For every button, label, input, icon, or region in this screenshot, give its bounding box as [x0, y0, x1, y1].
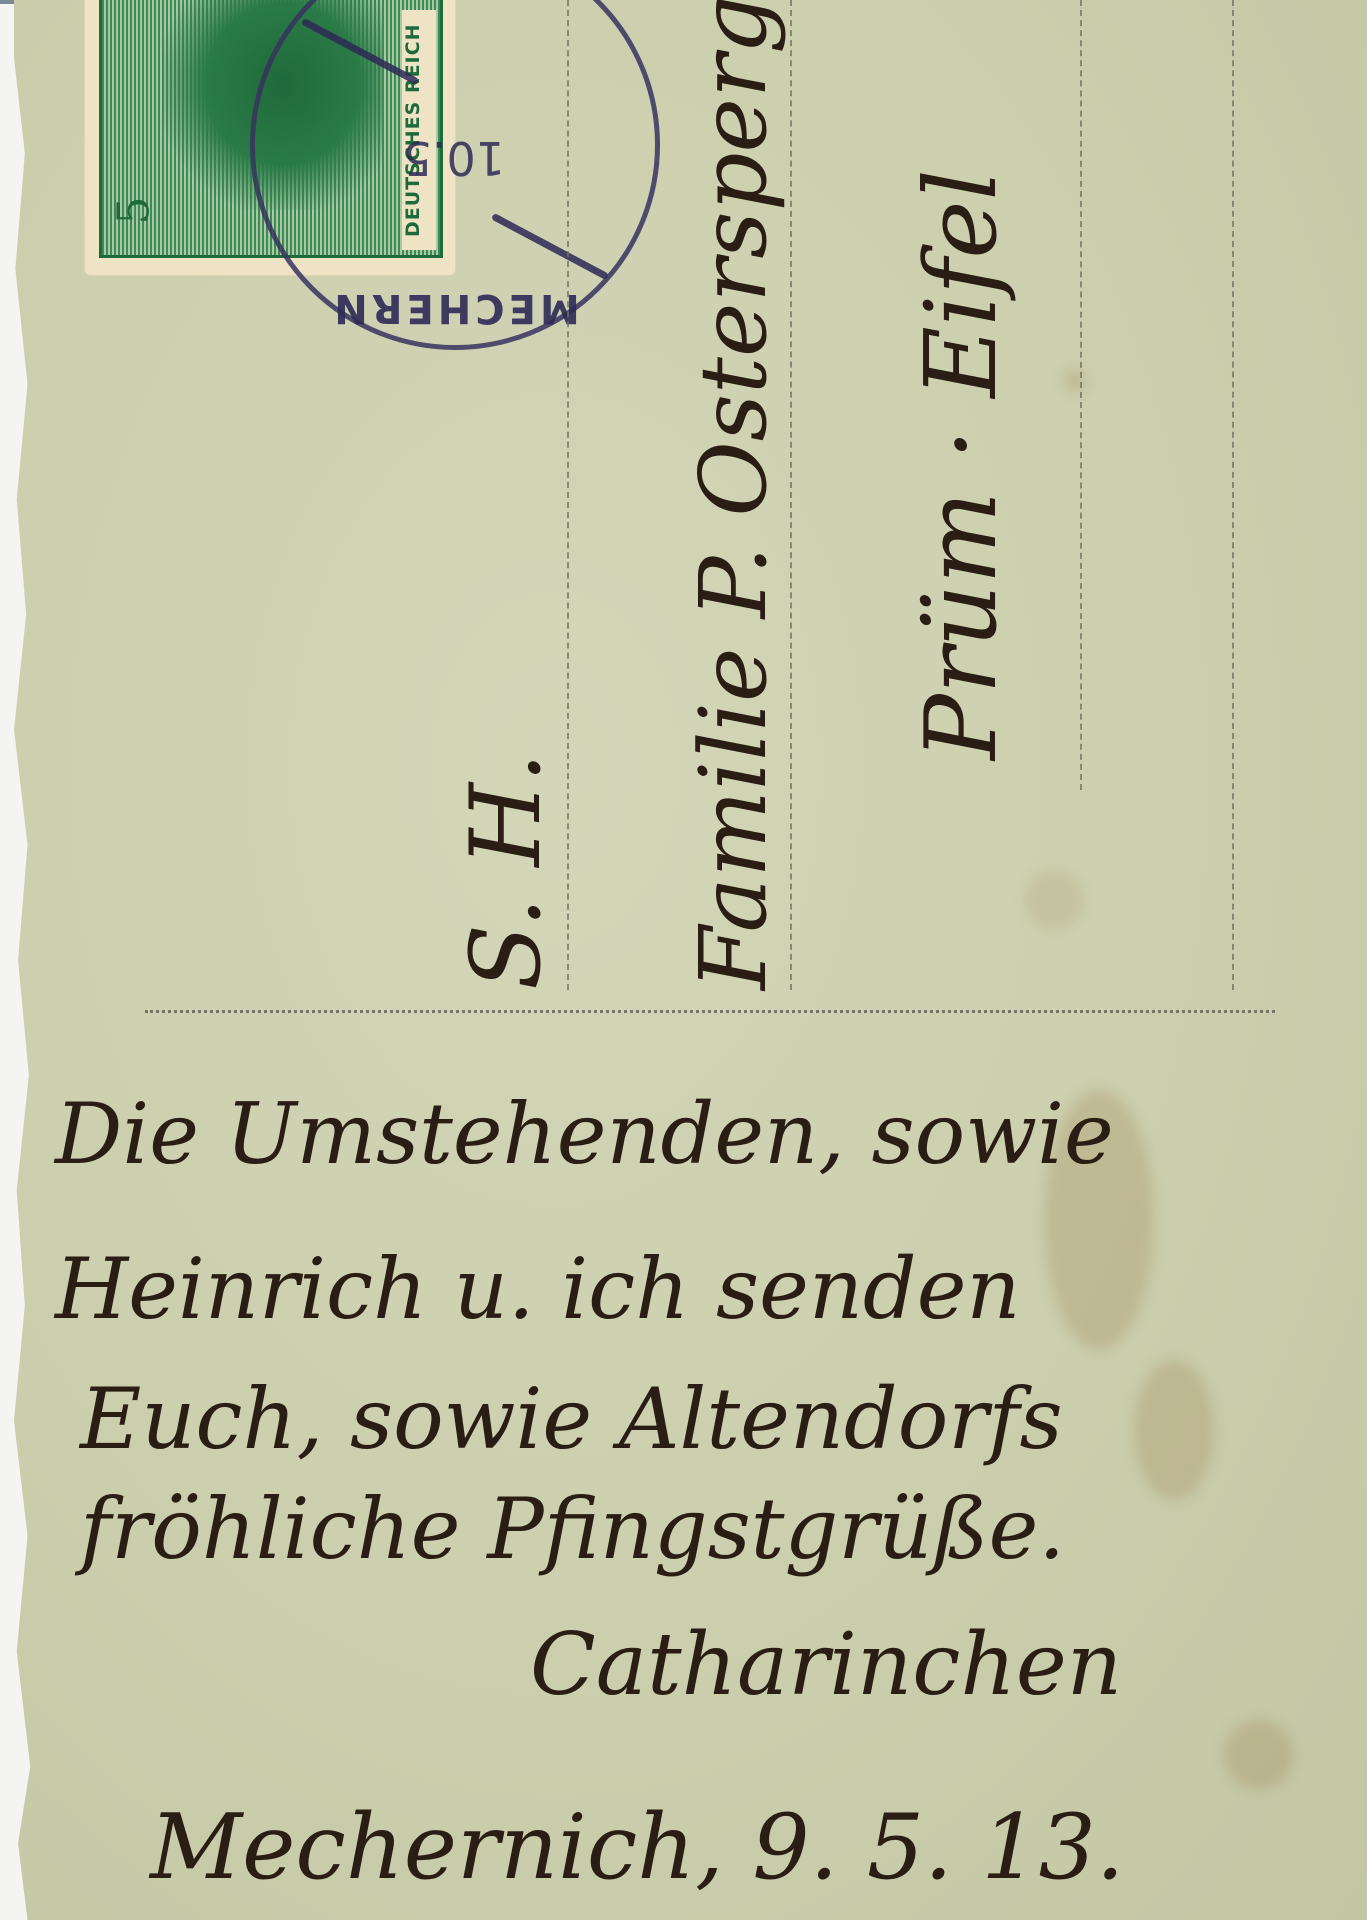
postmark-town: MECHERN: [325, 285, 585, 331]
message-line-4: fröhliche Pfingstgrüße.: [80, 1480, 1065, 1578]
postmark-bar: [301, 18, 419, 85]
message-line-1: Die Umstehenden, sowie: [55, 1085, 1114, 1183]
address-line-divider: [567, 0, 569, 990]
address-line-3: Prüm · Eifel: [905, 169, 1019, 760]
address-line-divider: [1080, 0, 1082, 790]
message-line-3: Euch, sowie Altendorfs: [80, 1370, 1063, 1468]
address-line-2: Familie P. Ostersperg: [680, 0, 787, 990]
stain: [1024, 870, 1084, 930]
stain: [1134, 1360, 1214, 1500]
address-line-1: S. H.: [450, 752, 562, 990]
postmark-date: 10.5: [403, 131, 505, 185]
stain: [1064, 370, 1086, 392]
stamp-value: 5: [109, 197, 160, 225]
place-date: Mechernich, 9. 5. 13.: [150, 1795, 1125, 1900]
signature: Catharinchen: [530, 1615, 1122, 1715]
message-line-2: Heinrich u. ich senden: [55, 1240, 1021, 1338]
address-line-divider: [1232, 0, 1234, 990]
stain: [1224, 1720, 1294, 1790]
message-divider: [145, 1010, 1275, 1013]
postmark-bar: [491, 213, 609, 280]
address-line-divider: [790, 0, 792, 990]
